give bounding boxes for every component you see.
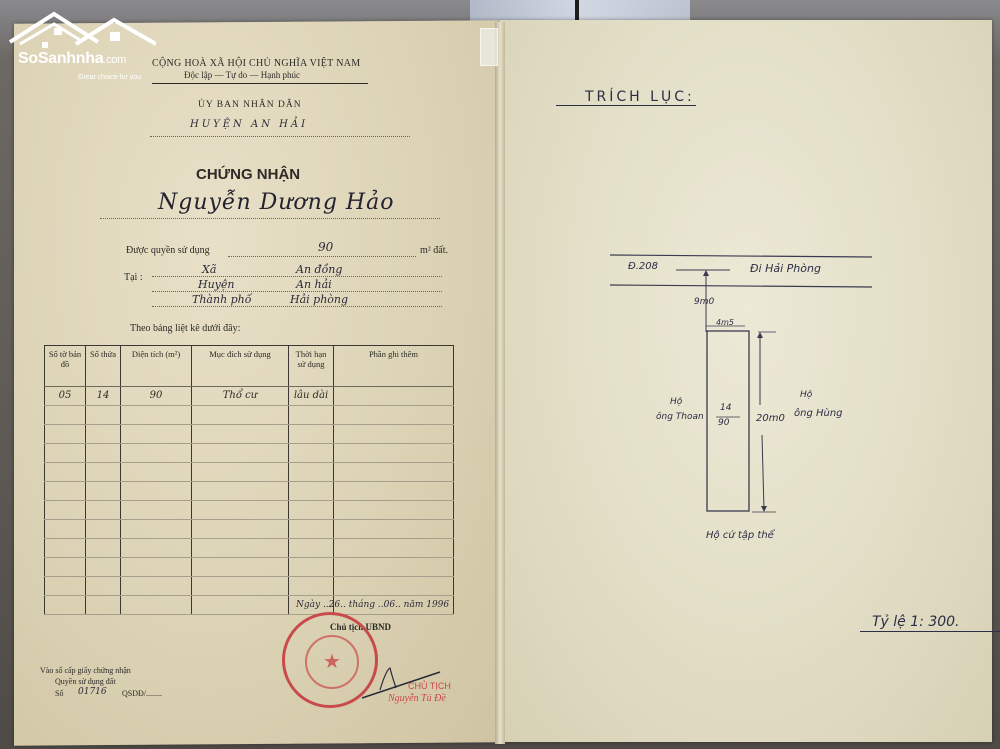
table-header-row: Số tờ bản đồ Số thửa Diện tích (m²) Mục … [45, 346, 454, 387]
name-dotted-line [100, 218, 440, 219]
area-dotted-line [228, 256, 416, 257]
table-row-empty [45, 482, 454, 501]
table-row-empty [45, 463, 454, 482]
table-row: 05 14 90 Thổ cư lâu dài [45, 387, 454, 406]
map-scale: Tỷ lệ 1: 300. [872, 614, 960, 630]
neighbor-right-label: Hộ [800, 390, 812, 400]
location-level-commune: Xã [202, 263, 216, 276]
brand-name: SoSanhnha [18, 50, 103, 67]
distance-to-road: 9m0 [694, 297, 714, 307]
parcel-number: 14 [720, 403, 731, 413]
col-map-sheet: Số tờ bản đồ [45, 346, 86, 387]
cell-purpose: Thổ cư [192, 387, 289, 406]
parcel-length: 20m0 [756, 413, 785, 424]
location-commune: An đồng [296, 263, 342, 276]
committee-label: ỦY BAN NHÂN DÂN [198, 100, 302, 110]
table-row-empty [45, 425, 454, 444]
house-icon [6, 6, 156, 56]
cell-parcel-no: 14 [86, 387, 121, 406]
neighbor-bottom: Hộ cứ tập thể [706, 530, 774, 541]
land-parcel-table: Số tờ bản đồ Số thửa Diện tích (m²) Mục … [44, 345, 454, 615]
watermark-logo: SoSanhnha.com Great choice for you [6, 6, 156, 86]
extract-title: TRÍCH LỤC: [585, 89, 695, 105]
cell-map-sheet: 05 [45, 387, 86, 406]
cell-area: 90 [121, 387, 192, 406]
location-label: Tại : [124, 272, 143, 283]
table-row-empty [45, 406, 454, 425]
registry-suffix: QSDĐ/........ [122, 689, 162, 698]
floor-reflection [470, 0, 690, 22]
emblem-star-icon: ★ [307, 649, 357, 674]
district-dotted-line [150, 136, 410, 137]
scale-underline [860, 631, 1000, 632]
table-row-empty [45, 520, 454, 539]
location-dotted-line-1 [152, 276, 442, 277]
header-divider [152, 83, 368, 84]
brand-domain: .com [103, 54, 126, 66]
neighbor-right-name: ông Hùng [794, 408, 843, 419]
col-area: Diện tích (m²) [121, 346, 192, 387]
road-direction: Đi Hải Phòng [750, 262, 821, 275]
brand-tagline: Great choice for you [78, 74, 141, 81]
stamp-signature-title: CHỦ TỊCH [408, 681, 451, 691]
table-row-empty [45, 444, 454, 463]
table-row-empty [45, 558, 454, 577]
document-spine [495, 22, 505, 744]
official-red-stamp: ★ [282, 612, 378, 708]
table-row-empty [45, 539, 454, 558]
cell-notes [334, 387, 454, 406]
extract-title-underline [556, 105, 696, 106]
certificate-title: CHỨNG NHẬN [196, 166, 300, 183]
col-purpose: Mục đích sử dụng [192, 346, 289, 387]
col-notes: Phần ghi thêm [334, 346, 454, 387]
location-level-city: Thành phố [192, 293, 252, 306]
floor-tile-seam [575, 0, 579, 22]
table-row-empty [45, 501, 454, 520]
table-row-empty [45, 577, 454, 596]
area-value: 90 [318, 240, 333, 254]
stamp-signature-name: Nguyễn Tú Đề [388, 693, 446, 704]
col-duration: Thời hạn sử dụng [289, 346, 334, 387]
location-district: An hải [296, 278, 332, 291]
tape-strip [480, 28, 498, 66]
registry-line-2: Quyền sử dụng đất [55, 677, 116, 686]
location-dotted-line-3 [152, 306, 442, 307]
registry-number-label: Số [55, 689, 63, 698]
col-parcel-no: Số thửa [86, 346, 121, 387]
area-unit: m² đất. [420, 245, 448, 256]
parcel-area: 90 [718, 418, 729, 428]
location-dotted-line-2 [152, 291, 442, 292]
national-title: CỘNG HOÀ XÃ HỘI CHỦ NGHĨA VIỆT NAM [152, 58, 360, 69]
location-level-district: Huyện [198, 278, 235, 291]
use-right-label: Được quyền sử dụng [126, 245, 210, 256]
registry-number: 01716 [78, 687, 107, 697]
holder-name: Nguyễn Dương Hảo [158, 190, 394, 215]
neighbor-left-label: Hộ [670, 397, 682, 407]
table-intro: Theo bảng liệt kê dưới đây: [130, 323, 240, 334]
neighbor-left-name: ông Thoan [656, 412, 704, 422]
extract-right-page [500, 20, 992, 742]
issue-date: Ngày ..26.. tháng ..06.. năm 1996 [296, 600, 449, 610]
location-city: Hải phòng [290, 293, 348, 306]
registry-line-1: Vào sổ cấp giấy chứng nhận [40, 666, 131, 675]
cell-duration: lâu dài [289, 387, 334, 406]
parcel-width: 4m5 [716, 318, 734, 327]
national-motto: Độc lập — Tự do — Hạnh phúc [184, 70, 300, 80]
district-name: HUYỆN AN HẢI [190, 119, 308, 130]
road-label: Đ.208 [628, 261, 658, 272]
